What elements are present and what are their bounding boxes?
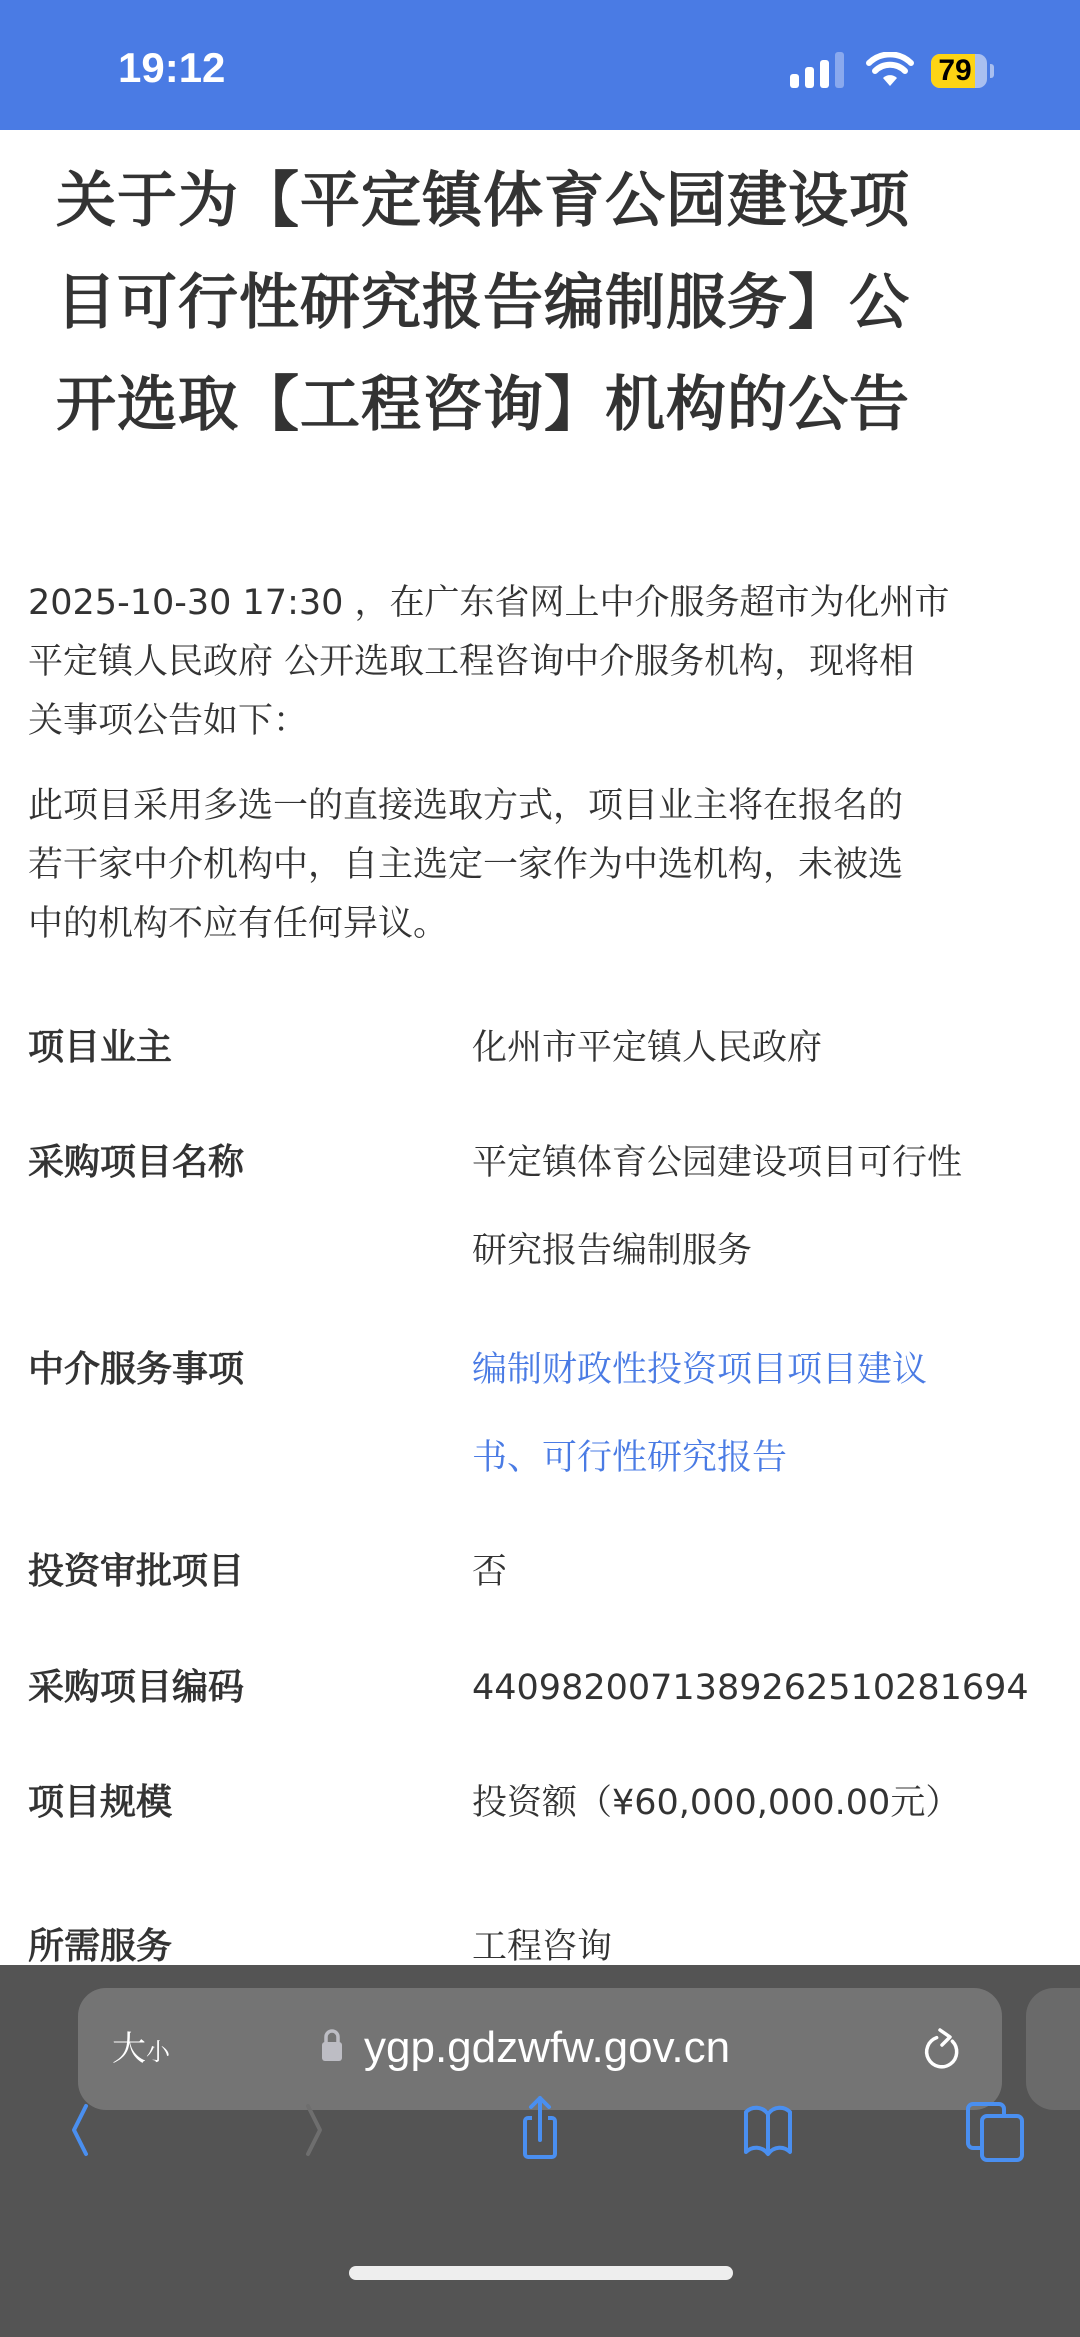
info-value: 投资额（¥60,000,000.00元）: [472, 1759, 1042, 1847]
intro-line: 若干家中介机构中，自主选定一家作为中选机构，未被选: [28, 836, 1058, 895]
text-size-button[interactable]: 大小: [112, 2022, 170, 2079]
text-size-big: 大: [112, 2029, 146, 2069]
intro-line: 中的机构不应有任何异议。: [28, 895, 1058, 954]
title-line: 开选取【工程咨询】机构的公告: [56, 354, 1036, 456]
value-line[interactable]: 编制财政性投资项目项目建议: [472, 1326, 1042, 1414]
info-label: 项目规模: [28, 1778, 172, 1828]
cellular-signal-icon: [790, 52, 846, 88]
battery-icon: 79: [931, 54, 987, 88]
info-value: 否: [472, 1528, 1042, 1616]
status-time: 19:12: [118, 44, 225, 92]
info-label: 项目业主: [28, 1023, 172, 1073]
wifi-icon: [866, 52, 914, 88]
value-line: 否: [472, 1528, 1042, 1616]
value-line[interactable]: 书、可行性研究报告: [472, 1414, 1042, 1502]
text-size-small: 小: [146, 2038, 170, 2066]
lock-icon: [320, 2028, 344, 2062]
browser-bottom-bar: 大小 ygp.gdzwfw.gov.cn: [0, 1965, 1080, 2337]
page-title: 关于为【平定镇体育公园建设项 目可行性研究报告编制服务】公 开选取【工程咨询】机…: [56, 150, 1036, 456]
info-label: 采购项目编码: [28, 1663, 244, 1713]
reload-icon[interactable]: [918, 2026, 964, 2072]
service-item-link[interactable]: 编制财政性投资项目项目建议 书、可行性研究报告: [472, 1326, 1042, 1502]
info-label: 投资审批项目: [28, 1547, 244, 1597]
value-line: 研究报告编制服务: [472, 1207, 1042, 1295]
battery-level: 79: [931, 54, 979, 88]
value-line: 化州市平定镇人民政府: [472, 1004, 1042, 1092]
forward-button[interactable]: [272, 2090, 352, 2170]
info-label: 中介服务事项: [28, 1345, 244, 1395]
title-line: 目可行性研究报告编制服务】公: [56, 252, 1036, 354]
battery-cap: [990, 64, 994, 78]
info-label: 采购项目名称: [28, 1138, 244, 1188]
selection-rule-paragraph: 此项目采用多选一的直接选取方式，项目业主将在报名的 若干家中介机构中，自主选定一…: [28, 777, 1058, 954]
value-line: 平定镇体育公园建设项目可行性: [472, 1119, 1042, 1207]
back-button[interactable]: [42, 2090, 122, 2170]
value-line: 4409820071389262510281694: [472, 1644, 1042, 1732]
intro-paragraph: 2025-10-30 17:30 ，在广东省网上中介服务超市为化州市 平定镇人民…: [28, 574, 1058, 751]
info-value: 化州市平定镇人民政府: [472, 1004, 1042, 1092]
value-line: 投资额（¥60,000,000.00元）: [472, 1759, 1042, 1847]
title-line: 关于为【平定镇体育公园建设项: [56, 150, 1036, 252]
intro-line: 平定镇人民政府 公开选取工程咨询中介服务机构，现将相: [28, 633, 1058, 692]
home-indicator[interactable]: [349, 2266, 733, 2280]
url-text[interactable]: ygp.gdzwfw.gov.cn: [364, 2018, 730, 2078]
intro-line: 2025-10-30 17:30 ，在广东省网上中介服务超市为化州市: [28, 574, 1058, 633]
tabs-button[interactable]: [956, 2090, 1036, 2170]
info-value: 平定镇体育公园建设项目可行性 研究报告编制服务: [472, 1119, 1042, 1295]
intro-line: 此项目采用多选一的直接选取方式，项目业主将在报名的: [28, 777, 1058, 836]
share-button[interactable]: [500, 2090, 580, 2170]
intro-line: 关事项公告如下：: [28, 692, 1058, 751]
status-bar: 19:12 79: [0, 0, 1080, 130]
info-value: 4409820071389262510281694: [472, 1644, 1042, 1732]
bookmarks-button[interactable]: [728, 2090, 808, 2170]
